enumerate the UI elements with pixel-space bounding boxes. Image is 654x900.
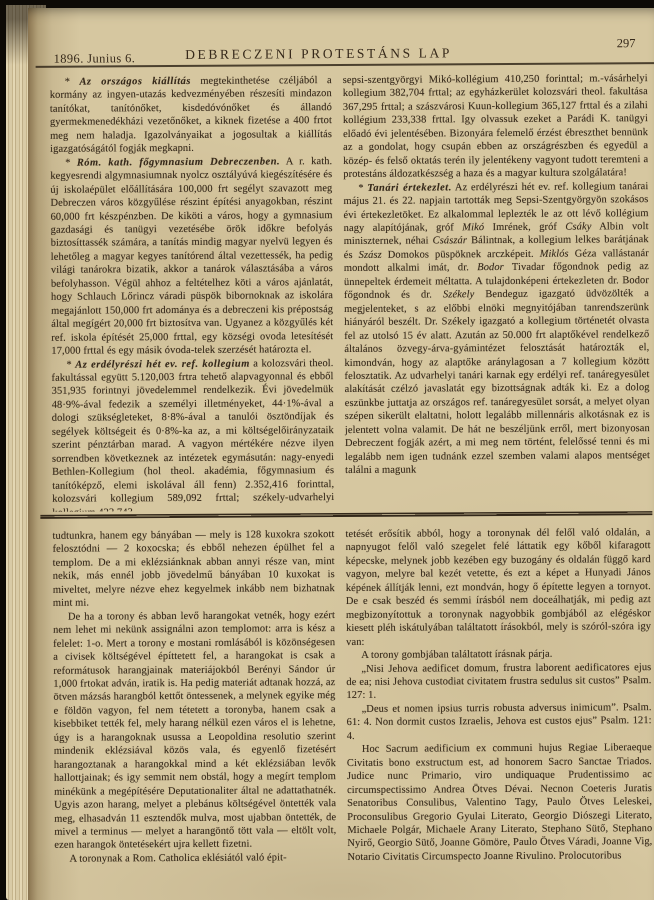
text-segment: Szász <box>359 250 382 261</box>
paragraph: tudtunkra, hanem egy bányában — mely is … <box>52 528 334 610</box>
text-segment: Róm. kath. főgymnasium Debreczenben. <box>77 156 280 168</box>
text-segment: tudtunkra, hanem egy bányában — mely is … <box>52 529 334 609</box>
page-number: 297 <box>617 36 636 51</box>
text-segment: A torony gombjában találtatott írásnak p… <box>361 649 552 661</box>
text-segment: sepsi-szentgyörgyi Mikó-kollégium 410,25… <box>343 73 649 180</box>
paragraph: * Az országos kiállítás megtekinthetése … <box>50 74 332 156</box>
page-content: 1896. Junius 6. DEBRECZENI PROTESTÁNS LA… <box>25 6 654 900</box>
text-segment: Bendeguz igazgató üdvözölték a megjelent… <box>344 288 650 476</box>
text-segment: Imrének, gróf <box>484 222 565 233</box>
top-right-column: sepsi-szentgyörgyi Mikó-kollégium 410,25… <box>343 72 651 510</box>
text-segment: Csáky <box>565 221 591 232</box>
bottom-left-column: tudtunkra, hanem egy bányában — mely is … <box>52 528 336 882</box>
paragraph: * Tanári értekezlet. Az erdélyrészi hét … <box>343 180 650 478</box>
paragraph: „Deus et nomen ipsius turris robusta adv… <box>347 701 652 743</box>
bottom-section: tudtunkra, hanem egy bányában — mely is … <box>28 526 654 882</box>
newspaper-page: 1896. Junius 6. DEBRECZENI PROTESTÁNS LA… <box>28 8 654 900</box>
masthead: 1896. Junius 6. DEBRECZENI PROTESTÁNS LA… <box>25 6 651 68</box>
text-segment: Az erdélyrészi hét ev. ref. kollegium <box>75 358 250 370</box>
text-segment: Domokos püspöknek arczképeit. <box>382 249 540 261</box>
paragraph: A toronynak a Rom. Catholica eklésiától … <box>54 851 336 866</box>
paragraph: Hoc Sacrum aedificium ex communi hujus R… <box>347 741 653 864</box>
paragraph: sepsi-szentgyörgyi Mikó-kollégium 410,25… <box>343 72 649 181</box>
scanned-page-background: 1896. Junius 6. DEBRECZENI PROTESTÁNS LA… <box>0 0 654 900</box>
paragraph: * Róm. kath. főgymnasium Debreczenben. A… <box>50 155 333 359</box>
text-segment: * <box>65 157 77 168</box>
text-segment: Székely <box>443 289 474 300</box>
text-segment: * <box>358 182 367 193</box>
bottom-right-column: tetését erősítik abból, hogy a toronynak… <box>345 526 652 880</box>
text-segment: Az országos kiállítás <box>79 76 191 88</box>
paragraph: „Nisi Jehova aedificet domum, frustra la… <box>346 661 651 703</box>
text-segment: A toronynak a Rom. Catholica eklésiától … <box>69 852 286 864</box>
text-segment: Tanári értekezlet. <box>367 182 451 194</box>
text-segment: Hoc Sacrum aedificium ex communi hujus R… <box>347 742 653 862</box>
paragraph: De ha a torony és abban levő harangokat … <box>53 609 336 853</box>
top-section: * Az országos kiállítás megtekinthetése … <box>26 72 654 512</box>
text-segment: „Nisi Jehova aedificet domum, frustra la… <box>346 662 651 702</box>
text-segment: A r. kath. kegyesrendi algymnasiumnak ny… <box>50 156 333 357</box>
paragraph: tetését erősítik abból, hogy a toronynak… <box>345 526 651 649</box>
text-segment: * <box>66 359 75 370</box>
text-segment: tetését erősítik abból, hogy a toronynak… <box>345 527 651 647</box>
text-segment: a kolozsvári theol. fakultással együtt 5… <box>51 358 334 512</box>
paragraph: * Az erdélyrészi hét ev. ref. kollegium … <box>51 357 334 512</box>
text-segment: Miklós <box>540 248 569 259</box>
text-segment: Bodor <box>477 262 504 273</box>
text-segment: „Deus et nomen ipsius turris robusta adv… <box>347 702 652 742</box>
top-left-column: * Az országos kiállítás megtekinthetése … <box>50 74 335 512</box>
text-segment: Császár <box>433 236 467 247</box>
text-segment: Mikó <box>462 222 484 233</box>
text-segment: * <box>65 77 80 88</box>
section-divider-rule <box>40 511 652 519</box>
text-segment: De ha a torony és abban levő harangokat … <box>53 610 336 851</box>
newspaper-title: DEBRECZENI PROTESTÁNS LAP <box>26 44 612 64</box>
